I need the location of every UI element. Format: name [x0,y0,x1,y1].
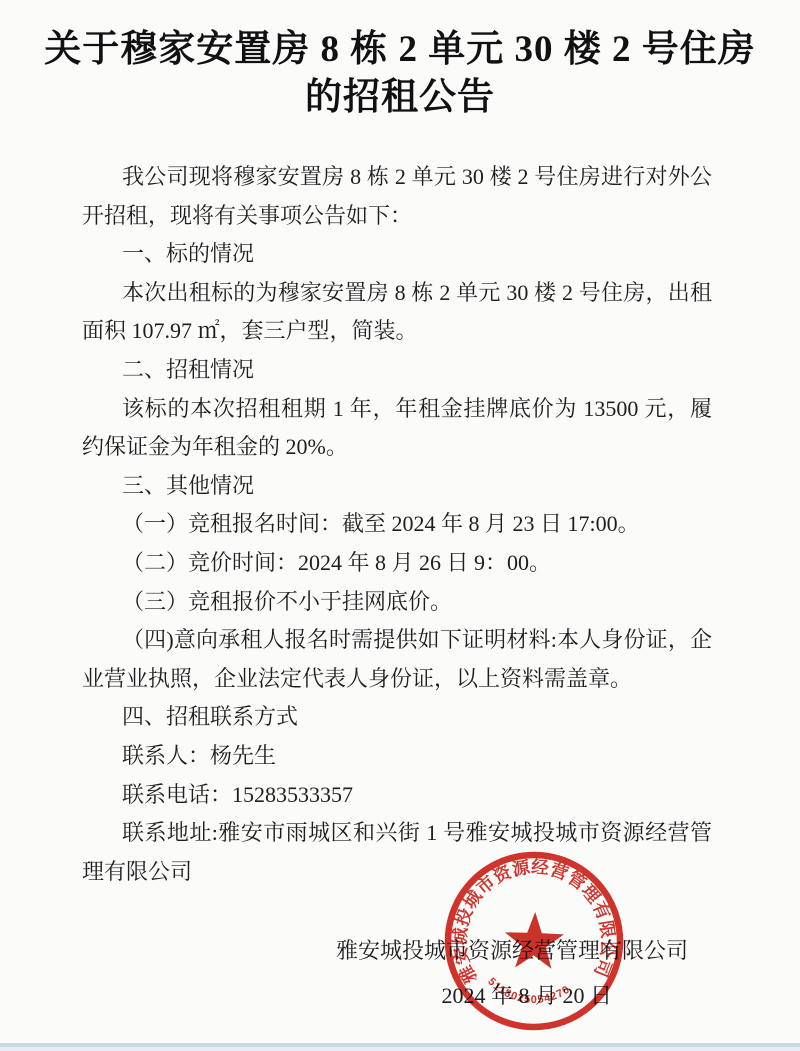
official-seal: 雅安城投城市资源经营管理有限公司 5118025054270 [438,845,630,1037]
document-title-line-1: 关于穆家安置房 8 栋 2 单元 30 楼 2 号住房 [0,26,800,74]
document-page: 关于穆家安置房 8 栋 2 单元 30 楼 2 号住房 的招租公告 我公司现将穆… [0,0,800,1051]
paragraph: 本次出租标的为穆家安置房 8 栋 2 单元 30 楼 2 号住房，出租面积 10… [82,274,712,351]
seal-serial-number: 5118025054270 [485,970,574,1009]
paragraph: （一）竞租报名时间：截至 2024 年 8 月 23 日 17:00。 [82,505,712,544]
seal-star-icon [504,911,565,969]
paragraph: 四、招租联系方式 [82,698,712,737]
paragraph: 一、标的情况 [82,235,712,274]
paragraph: 该标的本次招租租期 1 年，年租金挂牌底价为 13500 元，履约保证金为年租金… [82,390,712,467]
signature-block: 雅安城投城市资源经营管理有限公司 2024 年 8 月 20 日 [0,936,800,1011]
document-body: 我公司现将穆家安置房 8 栋 2 单元 30 楼 2 号住房进行对外公开招租，现… [82,158,712,891]
paragraph: （三）竞租报价不小于挂网底价。 [82,583,712,622]
paragraph: 二、招租情况 [82,351,712,390]
document-title-line-2: 的招租公告 [0,74,800,122]
signature-company: 雅安城投城市资源经营管理有限公司 [0,936,800,966]
paragraph: （四)意向承租人报名时需提供如下证明材料:本人身份证，企业营业执照，企业法定代表… [82,621,712,698]
paragraph: 联系电话：15283533357 [82,776,712,815]
signature-date: 2024 年 8 月 20 日 [0,981,800,1011]
paragraph: （二）竞价时间：2024 年 8 月 26 日 9：00。 [82,544,712,583]
document-title: 关于穆家安置房 8 栋 2 单元 30 楼 2 号住房 的招租公告 [0,26,800,122]
paragraph: 我公司现将穆家安置房 8 栋 2 单元 30 楼 2 号住房进行对外公开招租，现… [82,158,712,235]
paragraph: 三、其他情况 [82,467,712,506]
paragraph: 联系人：杨先生 [82,737,712,776]
scan-edge-shadow [0,1047,800,1051]
svg-text:5118025054270: 5118025054270 [485,970,574,1009]
